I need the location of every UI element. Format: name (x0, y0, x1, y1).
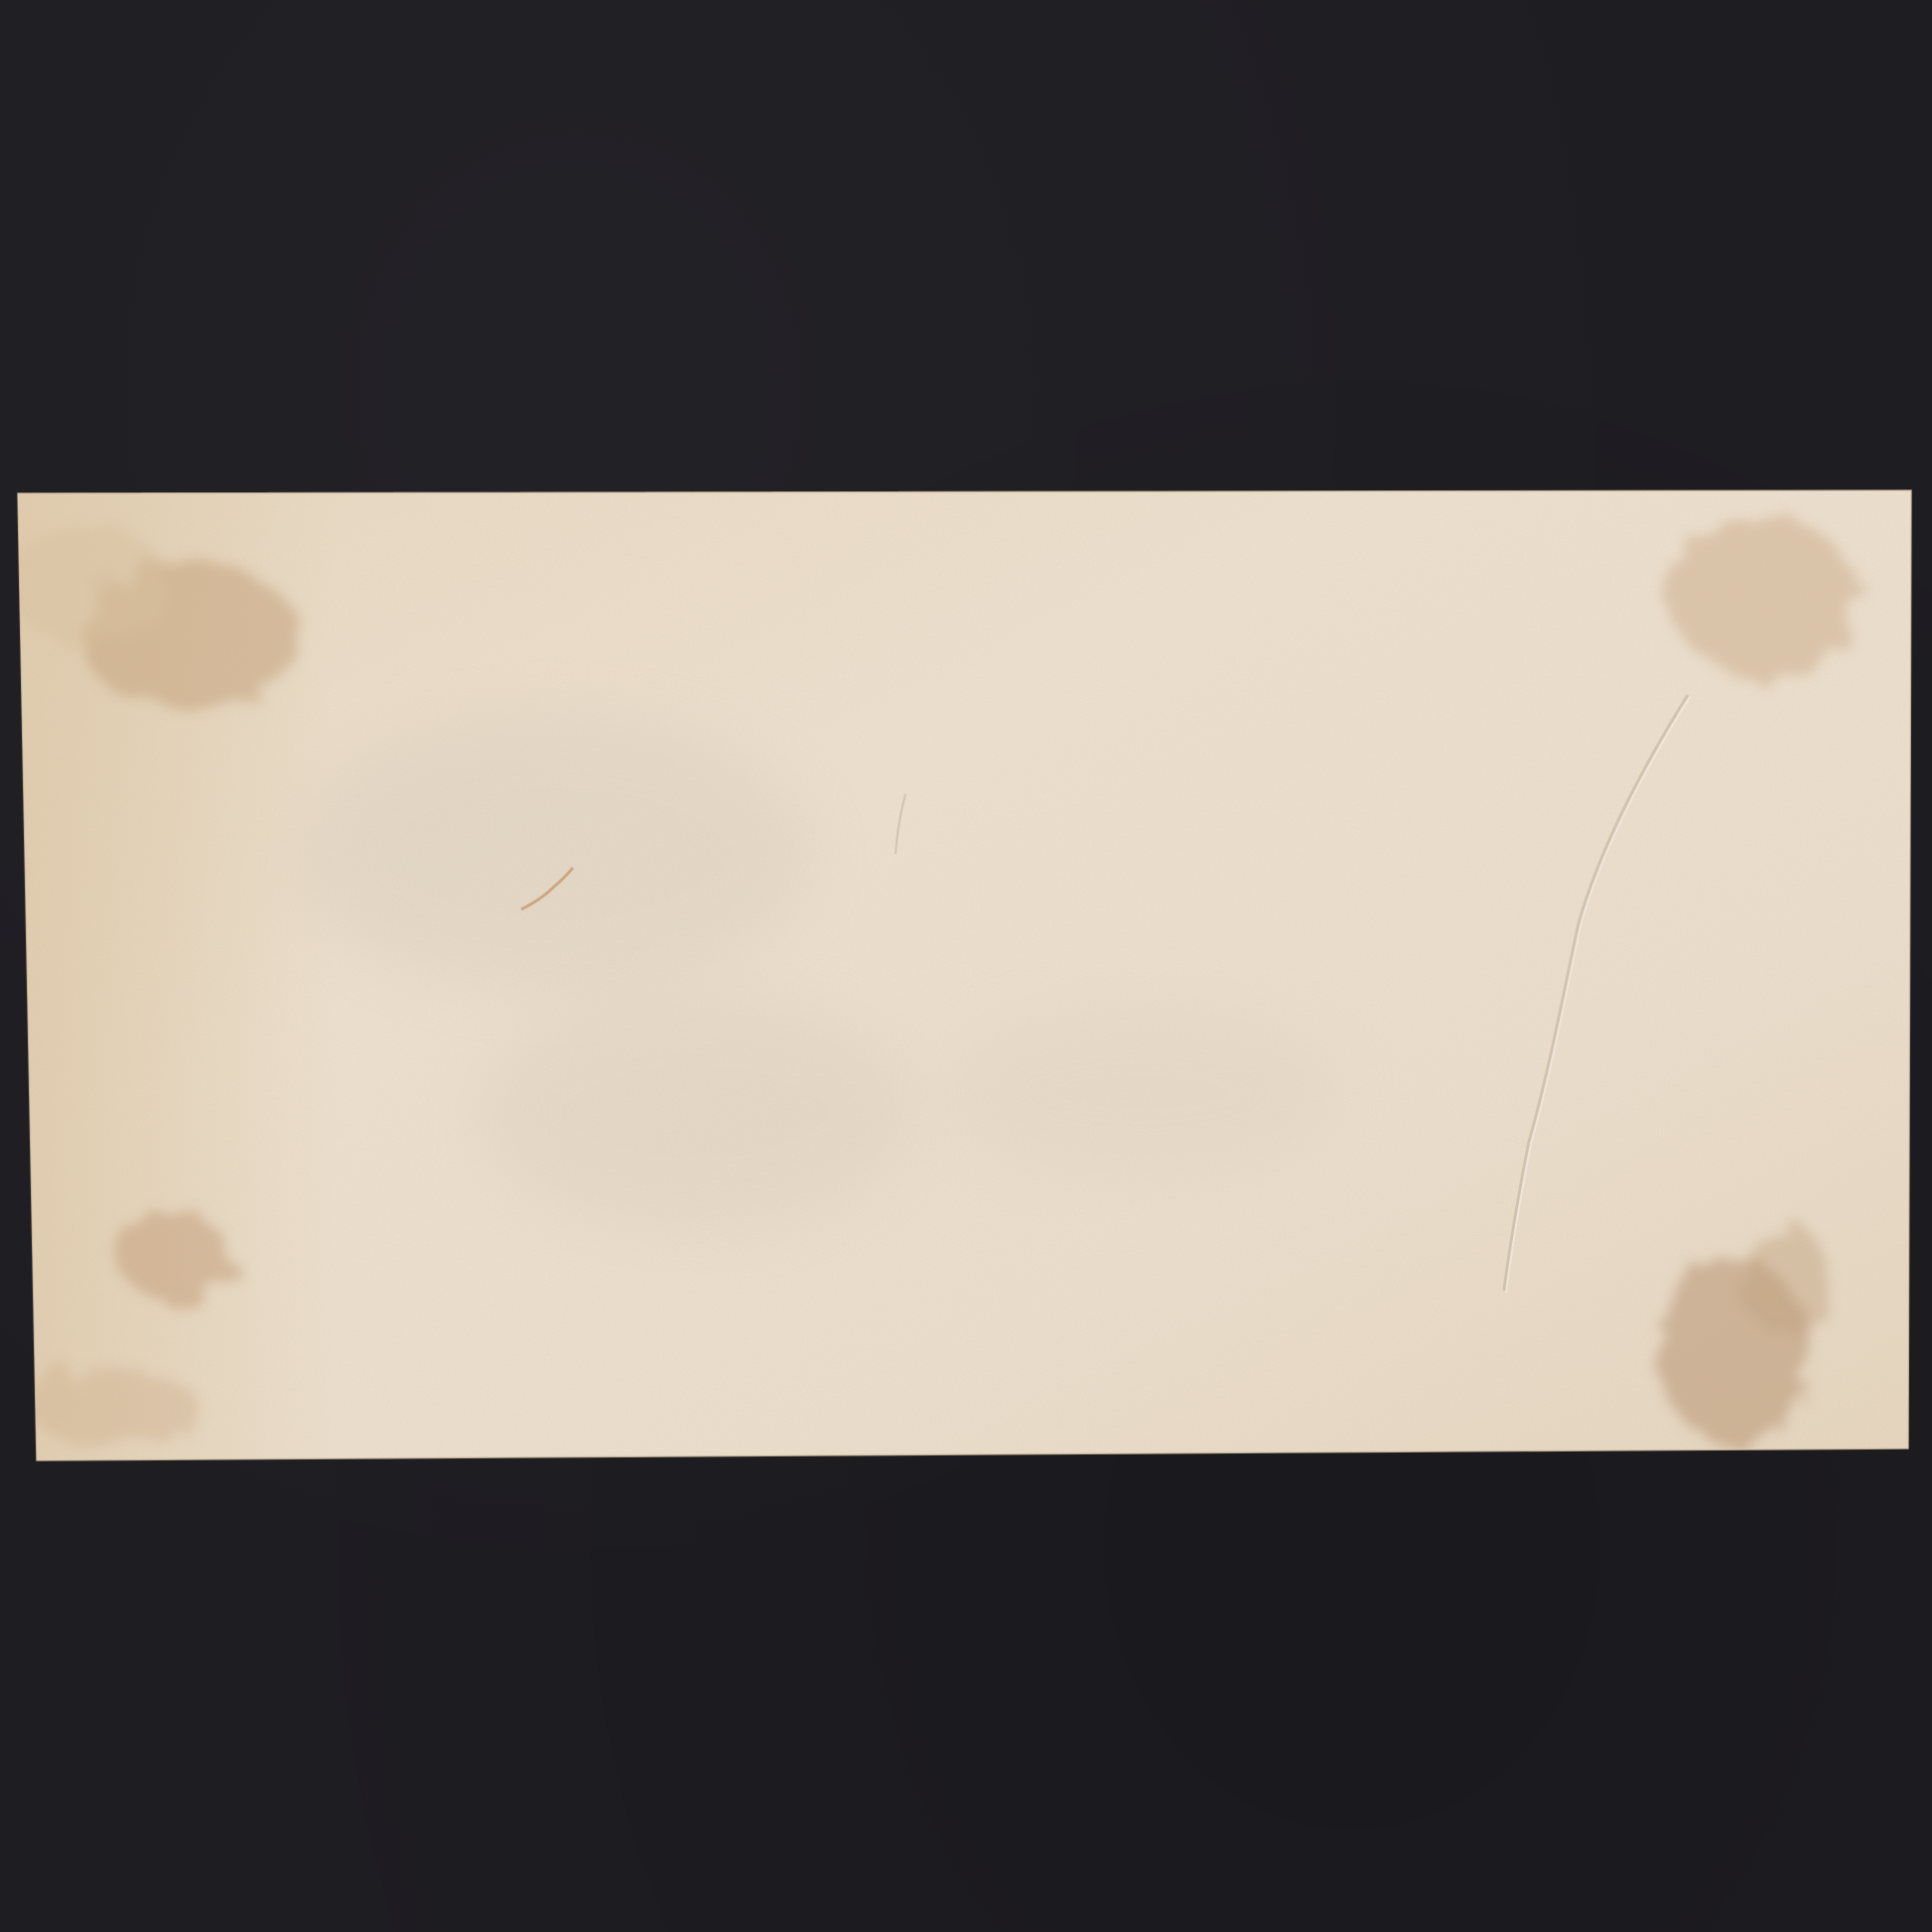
photo-scene (0, 0, 1932, 1932)
paper-sheet (0, 0, 1932, 1932)
paper-grain (0, 477, 1932, 1479)
